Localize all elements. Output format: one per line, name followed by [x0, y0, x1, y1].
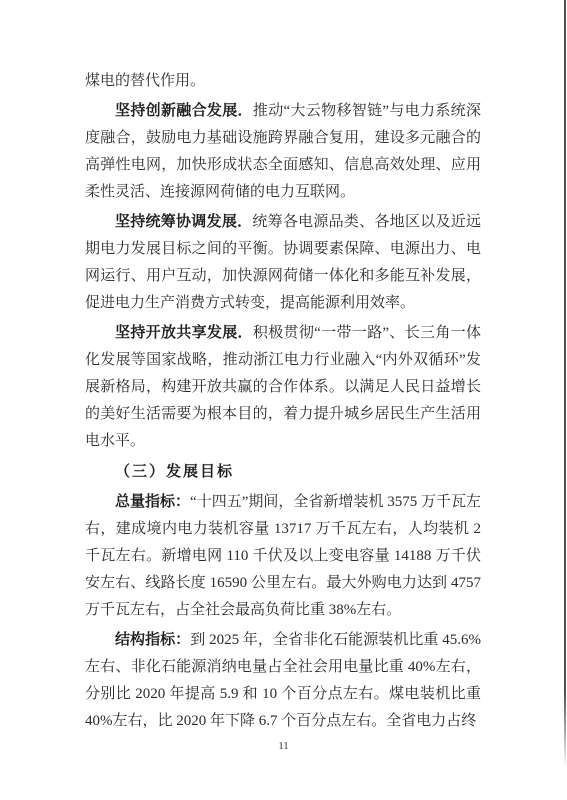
paragraph-total-indicators: 总量指标：“十四五”期间，全省新增装机 3575 万千瓦左右，建成境内电力装机容… [85, 489, 481, 624]
paragraph-bold-lead: 坚持统筹协调发展． [115, 214, 252, 230]
paragraph-coordinated-development: 坚持统筹协调发展．统筹各电源品类、各地区以及近远期电力发展目标之间的平衡。协调要… [85, 209, 481, 317]
paragraph-open-shared-development: 坚持开放共享发展．积极贯彻“一带一路”、长三角一体化发展等国家战略，推动浙江电力… [85, 320, 481, 455]
scan-edge-line [564, 0, 566, 768]
paragraph-bold-lead: 坚持开放共享发展． [115, 325, 253, 341]
document-page-body: 煤电的替代作用。 坚持创新融合发展．推动“大云物移智链”与电力系统深度融合，鼓励… [85, 68, 481, 735]
paragraph-bold-lead: 总量指标： [115, 494, 190, 510]
paragraph-body-text: “十四五”期间，全省新增装机 3575 万千瓦左右，建成境内电力装机容量 137… [85, 494, 481, 618]
paragraph-structure-indicators: 结构指标：到 2025 年，全省非化石能源装机比重 45.6%左右、非化石能源消… [85, 627, 481, 735]
paragraph-body-text: 积极贯彻“一带一路”、长三角一体化发展等国家战略，推动浙江电力行业融入“内外双循… [85, 325, 481, 449]
continuation-line: 煤电的替代作用。 [85, 68, 481, 95]
page-number: 11 [0, 740, 567, 752]
body-text: 煤电的替代作用。 [85, 73, 205, 89]
paragraph-innovation-development: 坚持创新融合发展．推动“大云物移智链”与电力系统深度融合，鼓励电力基础设施跨界融… [85, 98, 481, 206]
section-heading-development-goals: （三）发展目标 [85, 459, 481, 486]
paragraph-bold-lead: 坚持创新融合发展． [115, 103, 253, 119]
paragraph-bold-lead: 结构指标： [115, 632, 190, 648]
